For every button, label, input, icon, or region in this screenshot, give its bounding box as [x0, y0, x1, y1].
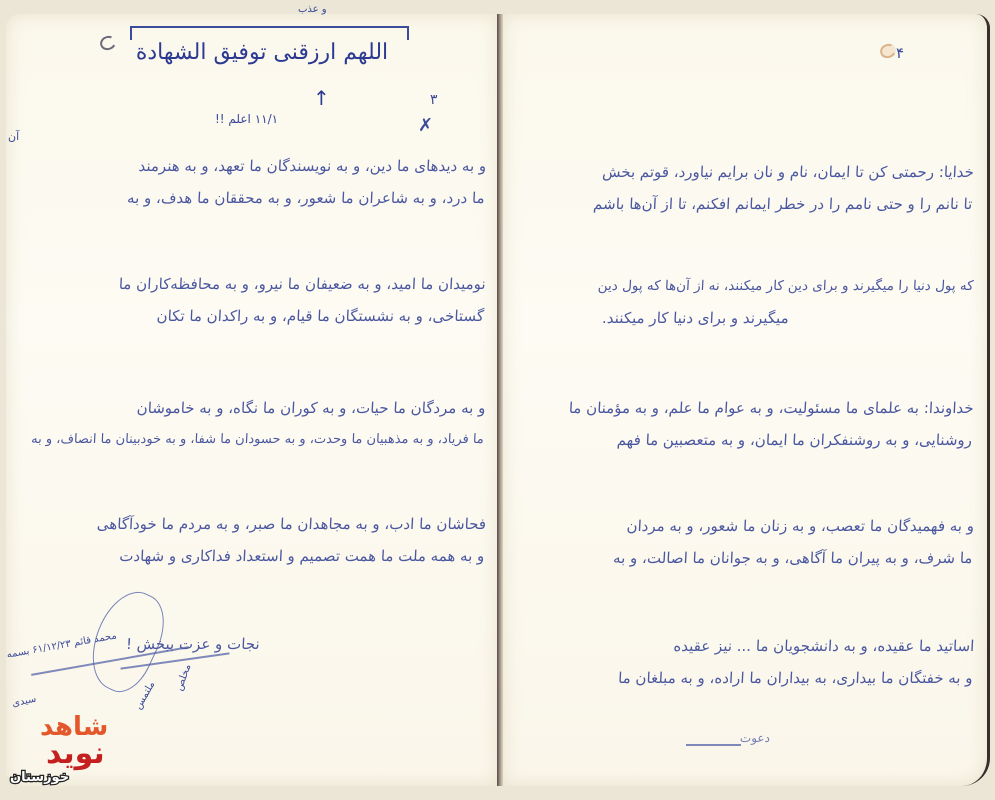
- right-paragraph-5: اساتید ما عقیده، و به دانشجویان ما ... ن…: [617, 630, 975, 694]
- text-line: فحاشان ما ادب، و به مجاهدان ما صبر، و به…: [96, 508, 487, 540]
- text-line: میگیرند و برای دنیا کار میکنند.: [595, 302, 973, 334]
- text-line: و به خفتگان ما بیداری، به بیداران ما ارا…: [617, 662, 973, 694]
- corner-mark: آن: [8, 130, 19, 143]
- insertion-arrow-icon: ↑: [313, 86, 330, 110]
- page-number-left: ۳: [430, 92, 438, 108]
- left-paragraph-1: و به دیدهای ما دین، و به نویسندگان ما تع…: [126, 150, 487, 214]
- page-title: اللهم ارزقنی توفیق الشهادة: [112, 40, 412, 65]
- text-line: و به همه ملت ما همت تصمیم و استعداد فداک…: [94, 540, 485, 572]
- text-line: و به مردگان ما حیات، و به کوران ما نگاه،…: [32, 392, 486, 424]
- text-line: روشنایی، و به روشنفکران ما ایمان، و به م…: [566, 424, 973, 456]
- right-paragraph-1: خدایا: رحمتی کن تا ایمان، نام و نان برای…: [592, 156, 974, 220]
- right-paragraph-4: و به فهمیدگان ما تعصب، و به زنان ما شعور…: [612, 510, 975, 574]
- text-line: که پول دنیا را میگیرند و برای دین کار می…: [597, 270, 975, 302]
- text-line: تا نانم را و حتی نامم را در خطر ایمانم ا…: [592, 188, 973, 220]
- text-line: ما شرف، و به پیران ما آگاهی، و به جوانان…: [612, 542, 973, 574]
- text-line: ما درد، و به شاعران ما شعور، و به محققان…: [126, 182, 485, 214]
- left-paragraph-2: نومیدان ما امید، و به ضعیفان ما نیرو، و …: [116, 268, 486, 332]
- page-number-right: ۴: [896, 44, 904, 62]
- watermark-logo: شاهد نوید خوزستان: [10, 712, 120, 794]
- footer-word: دعوت: [739, 722, 771, 754]
- text-line: و به دیدهای ما دین، و به نویسندگان ما تع…: [128, 150, 487, 182]
- logo-line-3: خوزستان: [10, 770, 69, 785]
- right-paragraph-2: که پول دنیا را میگیرند و برای دین کار می…: [595, 270, 974, 334]
- text-line: و به فهمیدگان ما تعصب، و به زنان ما شعور…: [614, 510, 975, 542]
- left-paragraph-3: و به مردگان ما حیات، و به کوران ما نگاه،…: [31, 392, 487, 456]
- right-paragraph-3: خداوندا: به علمای ما مسئولیت، و به عوام …: [566, 392, 974, 456]
- title-bracket: [130, 26, 409, 40]
- left-paragraph-4: فحاشان ما ادب، و به مجاهدان ما صبر، و به…: [94, 508, 487, 572]
- text-line: نومیدان ما امید، و به ضعیفان ما نیرو، و …: [118, 268, 487, 300]
- logo-line-2: نوید: [46, 736, 105, 771]
- footer-underline: [686, 744, 741, 746]
- text-line: گستاخی، و به نشستگان ما قیام، و به راکدا…: [116, 300, 485, 332]
- text-line: اساتید ما عقیده، و به دانشجویان ما ... ن…: [619, 630, 975, 662]
- date-note: ۱۱/۱ اعلم !!: [215, 112, 278, 126]
- notebook-spread: و عذب اللهم ارزقنی توفیق الشهادة ↑ ۳ ✗ ۱…: [0, 0, 995, 800]
- text-line: ما فریاد، و به مذهبیان ما وحدت، و به حسو…: [31, 424, 485, 456]
- text-line: خدایا: رحمتی کن تا ایمان، نام و نان برای…: [594, 156, 975, 188]
- scribble-mark-icon: ✗: [418, 115, 433, 136]
- title-insertion: و عذب: [298, 4, 327, 15]
- text-line: خداوندا: به علمای ما مسئولیت، و به عوام …: [568, 392, 975, 424]
